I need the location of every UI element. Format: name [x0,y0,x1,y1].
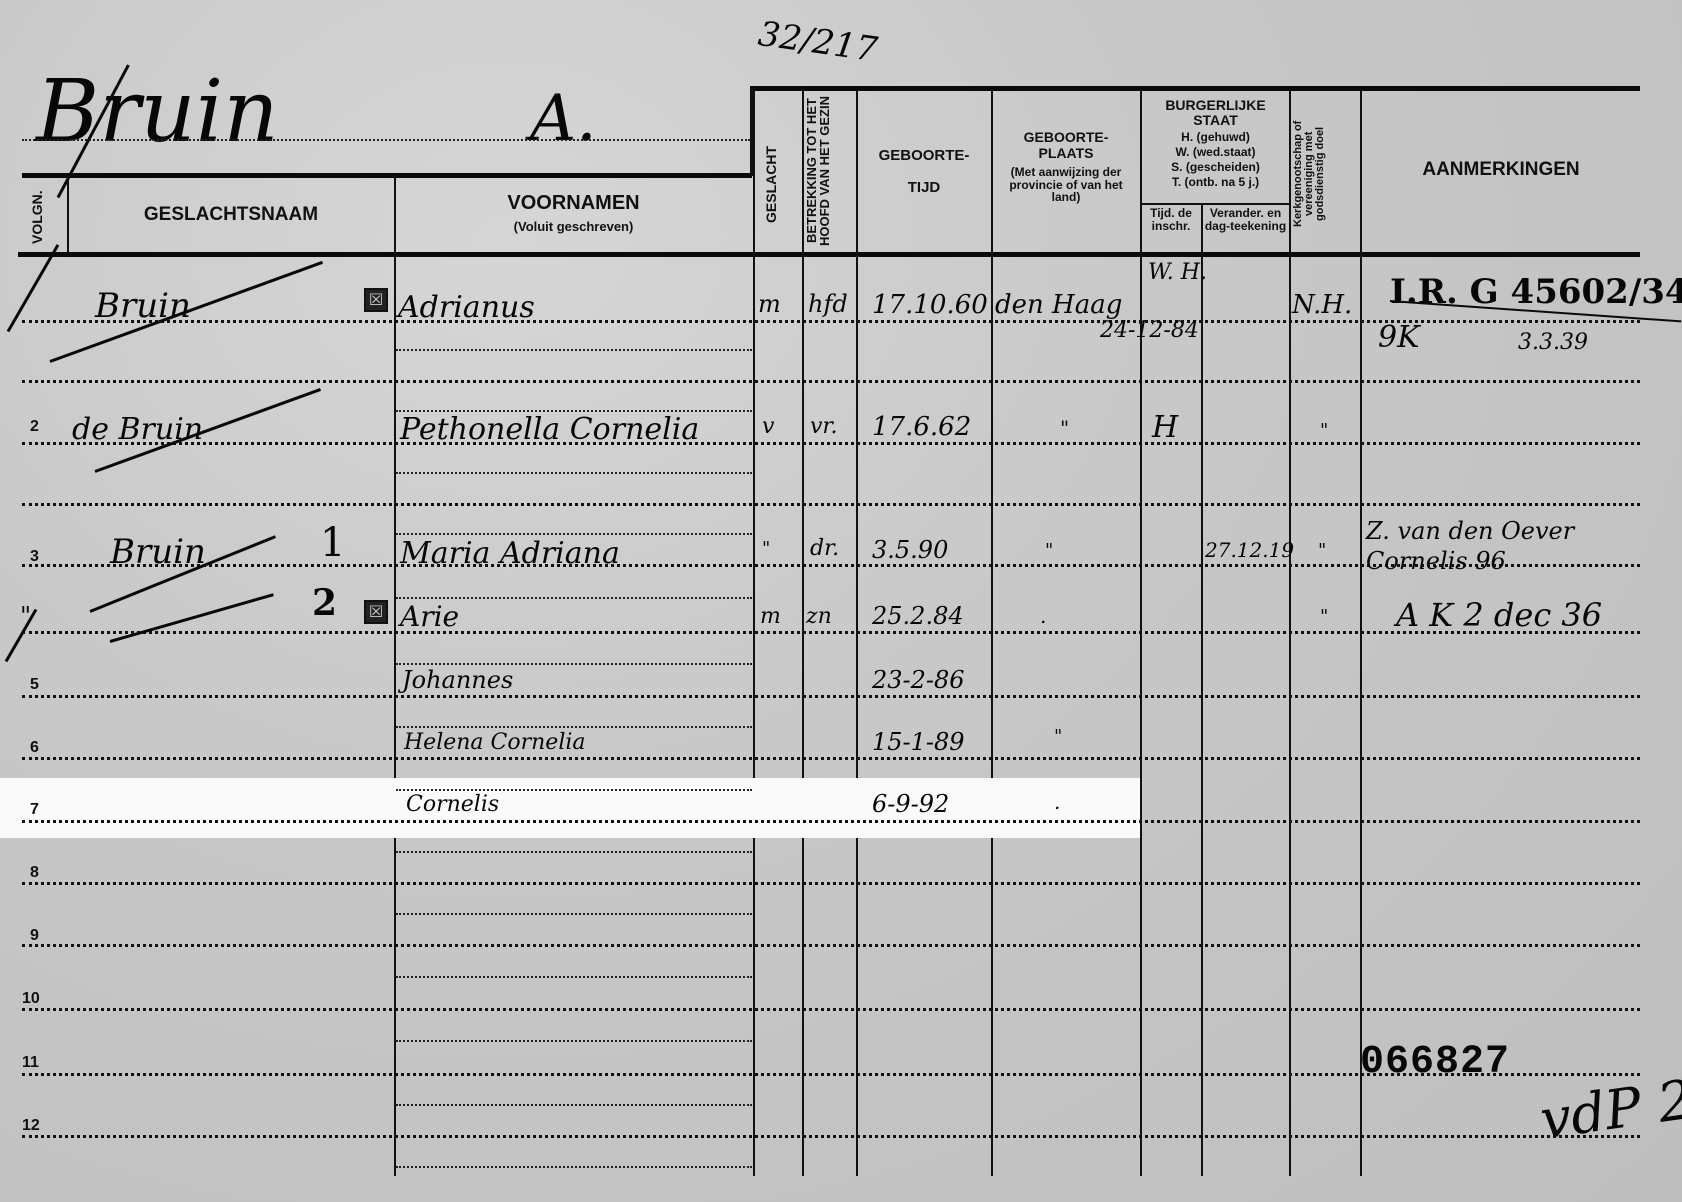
header-bs-h: H. (gehuwd) [1143,131,1288,144]
row3-surname: Bruin [110,532,206,572]
col-line-tijd [1201,205,1203,1176]
header-geboorteplaats-sub: (Met aanwijzing der provincie of van het… [996,166,1136,204]
row4-firstnames: Arie [400,600,459,633]
row2-civil-status: H [1152,410,1178,445]
header-bs-w: W. (wed.staat) [1143,146,1288,159]
row-midline-7 [396,789,752,791]
row4-relation: zn [806,604,832,629]
row-line-5 [22,695,1640,698]
row3-remarks: Z. van den Oever Cornelis 96 [1366,516,1636,576]
col-line-geslachtsnaam [394,176,396,1176]
row1-strike [49,261,323,363]
header-geboorteplaats-2: PLAATS [993,146,1139,161]
header-aanmerkingen: AANMERKINGEN [1362,160,1640,180]
header-bs-s: S. (gescheiden) [1143,161,1288,174]
row-midline-5 [396,663,752,665]
row7-firstnames: Cornelis [406,792,499,817]
row3-sex: " [762,538,770,559]
row2-surname: de Bruin [72,412,203,447]
row1-birthdate: 17.10.60 [872,290,988,320]
row1-remarks-date: 3.3.39 [1518,330,1588,355]
row-midline-8 [396,851,752,853]
row1-relation: hfd [808,290,848,318]
row4-sex: m [760,604,781,629]
header-voornamen: VOORNAMEN [396,193,751,214]
row-line-8 [22,882,1640,885]
row1-civil-status: W. H. [1148,262,1207,284]
row-midline-13 [396,1166,752,1168]
row7-birthdate: 6-9-92 [872,790,949,818]
header-volgn: VOLGN. [30,182,56,252]
row-midline-4 [396,597,752,599]
row-number: 11 [22,1054,39,1072]
row-number: 2 [30,418,39,436]
row3-firstnames: Maria Adriana [400,536,620,571]
header-geboortetijd-2: TIJD [858,180,990,196]
row1-religion: N.H. [1292,290,1352,320]
bs-subdivider [1140,203,1290,205]
registration-card: 32/217 Bruin A. VOLGN. GESLACHTSNAAM VOO… [0,0,1682,1202]
row-midline-2b [396,472,752,474]
row-number: 6 [30,739,39,757]
row-line-2b [22,503,1640,506]
row2-religion: " [1320,420,1328,441]
row5-birthdate: 23-2-86 [872,666,965,694]
row-midline-1 [396,349,752,351]
row4-remarks: A K 2 dec 36 [1396,596,1602,634]
row1-sex: m [758,290,781,318]
title-initial: A. [530,82,597,156]
header-betrekking: BETREKKING TOT HET HOOFD VAN HET GEZIN [805,96,853,246]
row-line-2 [22,442,1640,445]
row1-firstnames: Adrianus [398,290,535,325]
row6-firstnames: Helena Cornelia [404,730,586,755]
header-kerkgenootschap: Kerkgenootschap of vereeniging met godsd… [1293,96,1357,251]
header-geboorteplaats-1: GEBOORTE- [993,130,1139,145]
row1-birthplace: den Haag [995,290,1122,320]
row-number: 10 [22,990,40,1008]
row-number: 9 [30,927,39,945]
marked-box-icon: ☒ [364,600,388,624]
marked-box-icon: ☒ [364,288,388,312]
row-midline-11 [396,1040,752,1042]
header-burgerlijke-staat: BURGERLIJKE STAAT [1143,98,1288,127]
title-dotted-line [22,139,750,141]
row-number: 12 [22,1117,40,1135]
row4-margin-mark: 2 [312,582,337,624]
row-line-12 [22,1135,1640,1138]
row-midline-6 [396,726,752,728]
row3-birthplace: " [1045,540,1053,561]
highlight-band [0,778,1140,838]
row-midline-9 [396,913,752,915]
row2-birthdate: 17.6.62 [872,412,971,442]
signature: vdP 2 [1536,1068,1682,1152]
header-tijd-inschr: Tijd. de inschr. [1142,207,1200,232]
header-bottom-rule [18,252,1640,257]
row1-surname: Bruin [95,286,191,326]
header-voornamen-sub: (Voluit geschreven) [396,220,751,234]
row3-birthdate: 3.5.90 [872,536,948,564]
header-geslacht: GESLACHT [764,130,790,240]
row3-religion: " [1318,540,1326,561]
row-line-1b [22,380,1640,383]
row-line-7 [22,820,1640,823]
row3-relation: dr. [810,536,839,561]
header-geslachtsnaam: GESLACHTSNAAM [70,205,392,225]
header-top-rule [750,86,1640,91]
row-midline-10 [396,976,752,978]
row-line-6 [22,757,1640,760]
row3-registration: 27.12.19 [1205,538,1294,562]
row1-remarks-2: 9K [1378,320,1420,355]
row1-registration: 24-12-84 [1100,318,1199,343]
row4-birthplace: . [1040,604,1046,628]
row-number: 7 [30,801,39,819]
row2-sex: v [762,414,774,439]
title-surname: Bruin [36,62,279,162]
row1-remarks: I.R. G 45602/3464 [1390,272,1682,312]
row-number: 5 [30,676,39,694]
reference-number: 32/217 [756,14,880,70]
serial-stamp: 066827 [1360,1040,1510,1085]
row2-firstnames: Pethonella Cornelia [400,412,699,447]
row2-relation: vr. [810,414,838,439]
row4-birthdate: 25.2.84 [872,602,964,630]
row-line-10 [22,1008,1640,1011]
header-geboortetijd-1: GEBOORTE- [858,148,990,164]
row5-firstnames: Johannes [402,666,513,694]
row-line-9 [22,944,1640,947]
row6-birthplace: " [1054,726,1062,747]
row4-strike [110,593,274,643]
row3-margin-mark: 1 [320,520,345,566]
row4-religion: " [1320,606,1328,627]
row6-birthdate: 15-1-89 [872,728,965,756]
row-midline-12 [396,1104,752,1106]
row2-birthplace: " [1060,416,1069,440]
header-bs-t: T. (ontb. na 5 j.) [1143,176,1288,189]
col-line-volgn [67,176,69,254]
row-number: 3 [30,548,39,566]
header-left-rule [22,173,752,178]
row-number: 8 [30,864,39,882]
header-verander: Verander. en dag-teekening [1203,207,1288,232]
row-midline-3 [396,533,752,535]
row7-birthplace: . [1054,790,1060,814]
